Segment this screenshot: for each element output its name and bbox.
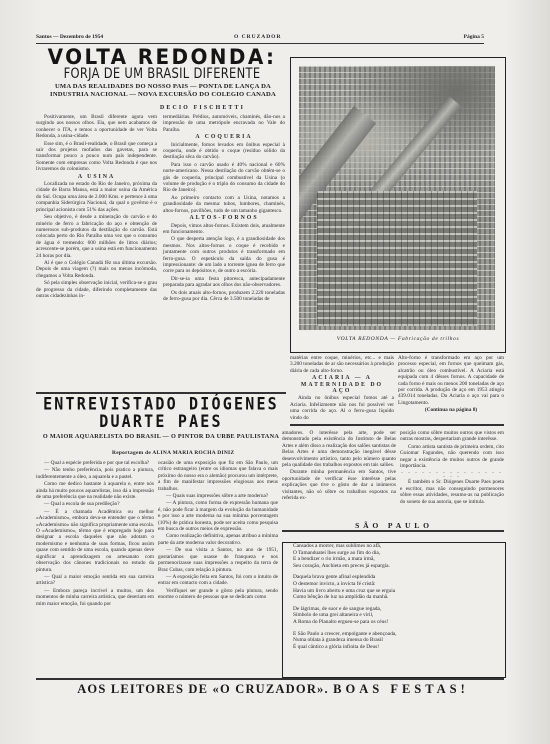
poem-line: De lágrimas, de suor e de sangue regada,: [293, 606, 505, 613]
masthead-name: O CRUZADOR: [234, 34, 281, 40]
poem-line: O Tamanduateí lhes surge ao fim do dia,: [293, 550, 505, 557]
paragraph: Como artista santista de primeira ordem,…: [400, 444, 504, 470]
section-divider: [282, 530, 504, 532]
paragraph: Depois, vimos altos-fornos. Existem dois…: [163, 223, 285, 236]
poem-line: Numa oblata à grandeza imensa do Brasil: [293, 637, 505, 644]
paragraph: — É a chamada Acadêmica ou melhor «Acade…: [36, 509, 154, 573]
paragraph: O que desperta atenção logo, é a grandio…: [163, 236, 285, 274]
newspaper-page: Santos — Dezembro de 1954 O CRUZADOR Pág…: [0, 0, 550, 744]
paragraph: Durante minha permanência em Santos, tiv…: [282, 469, 396, 501]
page-number: Página 5: [464, 34, 484, 40]
photo-frame: VOLTA REDONDA — Fabricação de trilhos: [290, 57, 506, 353]
section-divider: [290, 424, 504, 426]
interview-column-4: posição como sôbre muitos outros que vis…: [400, 430, 504, 506]
paragraph: — Qual a maior emoção sentida em sua car…: [36, 574, 154, 587]
article1-column-2: termediárias. Prédios, automóveis, chami…: [163, 114, 285, 303]
poem-stanza: E São Paulo a crescer, empolgante e aben…: [293, 631, 505, 651]
paragraph: posição como sôbre muitos outros que vis…: [400, 430, 504, 443]
separator-dots: . . . . . . . . . . . . . . . . . .: [400, 470, 504, 478]
interview-column-1: — Qual a espécie preferida e por que tal…: [36, 460, 154, 608]
paragraph: Localizada no estado do Rio de Janeiro, …: [36, 181, 157, 213]
paragraph: Ao primeiro contacto com a Usina, notamo…: [163, 195, 285, 214]
poem-line: É qual cântico a glória infinita de Deus…: [293, 644, 505, 651]
paragraph: Seu objetivo, é desde a mineração do car…: [36, 214, 157, 259]
poem-stanza: De lágrimas, de suor e de sangue regada,…: [293, 606, 505, 626]
paragraph: Só pela simples observação inicial, veri…: [36, 280, 157, 299]
paragraph: amadores. O interêsse pela arte, pode se…: [282, 430, 396, 468]
poem-line: Como bênção de luz na amplidão da manhã.: [293, 594, 505, 601]
paragraph: Para isso o carvão usado é 40% nacional …: [163, 162, 285, 194]
paragraph: termediárias. Prédios, automóveis, chami…: [163, 114, 285, 133]
photo-caption: VOLTA REDONDA — Fabricação de trilhos: [291, 336, 505, 342]
poem-line: E a bendizer o rio irmão, a mata irmã,: [293, 556, 505, 563]
paragraph: Ainda no ônibus especial fomos até a Aci…: [290, 395, 394, 421]
issue-date: Santos — Dezembro de 1954: [36, 34, 103, 40]
interview-byline: Reportagem de ALINA MARIA ROCHA DINIZ: [112, 450, 234, 456]
poem-line: E São Paulo a crescer, empolgante e aben…: [293, 631, 505, 638]
paragraph: ocasião de uma exposição que fiz em São …: [158, 460, 278, 492]
running-head: Santos — Dezembro de 1954 O CRUZADOR Pág…: [36, 33, 484, 44]
paragraph: Inicialmente, fomos levados em ônibus es…: [163, 142, 285, 161]
poem-line: Seu coração, Anchieta em preces já espar…: [293, 563, 505, 570]
paragraph: — De sua visita a Santos, no ano de 1951…: [158, 547, 278, 573]
paragraph: Esse sim, é o Brasil-realidade, o Brasil…: [36, 141, 157, 173]
section-heading: ACIARIA — A MATERNIDADE DO AÇO: [290, 375, 394, 394]
interview-column-3: amadores. O interêsse pela arte, pode se…: [282, 430, 396, 502]
interview-title: ENTREVISTADO DIÓGENES DUARTE PAES: [36, 396, 286, 431]
paragraph: — Embora pareça incrível a muitos, um do…: [36, 588, 154, 607]
footer-greeting: AOS LEITORES DE «O CRUZADOR».: [77, 682, 329, 696]
paragraph: Dir-se-ia uma festa pitoresca, antecipad…: [163, 276, 285, 289]
footer-wishes: BOAS FESTAS!: [333, 682, 469, 696]
continued-note: (Continua na página 8): [398, 407, 504, 413]
paragraph: Alto-forno é transformado em aço por um …: [398, 355, 504, 406]
footer-banner: AOS LEITORES DE «O CRUZADOR». BOAS FESTA…: [36, 682, 510, 697]
interview-column-2: ocasião de uma exposição que fiz em São …: [158, 460, 278, 602]
section-heading: A USINA: [36, 174, 157, 180]
paragraph: Os dois atuais alto-fornos, produzem 2.2…: [163, 290, 285, 303]
poem-stanza: Cansados a morrer, mas sublimes no afã,O…: [293, 543, 505, 569]
poem-line: Cansados a morrer, mas sublimes no afã,: [293, 543, 505, 550]
poem-title: SÃO PAULO: [283, 521, 505, 530]
paragraph: Positivamente, um Brasil diferente agora…: [36, 114, 157, 140]
poem-line: Havia um livro aberto e uma cruz que se …: [293, 588, 505, 595]
paragraph: — A exposição feita em Santos, foi com o…: [158, 574, 278, 587]
poem-body: Cansados a morrer, mas sublimes no afã,O…: [283, 543, 505, 650]
section-heading: A COQUERIA: [163, 134, 285, 140]
article1-column-1: Positivamente, um Brasil diferente agora…: [36, 114, 157, 300]
article-deck: UMA DAS REALIDADES DO NOSSO PAIS — PONTA…: [40, 83, 286, 98]
poem-line: Símbolo de uma grei altaneira e viril,: [293, 612, 505, 619]
paragraph: Aí é que o Colégio Canadá fêz sua última…: [36, 260, 157, 279]
article-subtitle: FORJA DE UM BRASIL DIFERENTE: [36, 64, 288, 82]
paragraph: — Qual a escola de sua predileção?: [36, 501, 154, 507]
poem-line: O destemor invicto, a invicta fé cristã:: [293, 581, 505, 588]
section-heading: ALTOS-FORNOS: [163, 215, 285, 221]
article-byline: DECIO FISCHETTI: [160, 105, 245, 111]
footer-divider: [36, 678, 504, 680]
paragraph: — Qual a espécie preferida e por que tal…: [36, 460, 154, 466]
paragraph: É também o Sr. Diógenes Duarte Paes poet…: [400, 479, 504, 505]
poem-line: Daquela brava gente afinal esplendida: [293, 574, 505, 581]
poem-stanza: Daquela brava gente afinal esplendidaO d…: [293, 574, 505, 600]
paragraph: — A pintura, como forma de expressão hum…: [158, 500, 278, 532]
paragraph: — Não tenho preferência, pois pratico a …: [36, 467, 154, 480]
poem-box: SÃO PAULO Cansados a morrer, mas sublime…: [282, 542, 506, 678]
paragraph: — Quais suas impressões sôbre a arte mod…: [158, 493, 278, 499]
paragraph: matérias entre coque, minérios, etc... e…: [290, 355, 394, 374]
paragraph: Verifiquei ser grande o gôsto pela pintu…: [158, 588, 278, 601]
paragraph: Como me dedico bastante à aquarela e, en…: [36, 481, 154, 500]
paragraph: Como realização definitiva, apenas atrib…: [158, 533, 278, 546]
photo-steel-rails: [299, 66, 495, 330]
interview-deck: O MAIOR AQUARELISTA DO BRASIL — O PINTOR…: [36, 433, 286, 440]
poem-line: A Roma do Planalto ergueu-se para os céu…: [293, 619, 505, 626]
article1-column-3: matérias entre coque, minérios, etc... e…: [290, 355, 394, 422]
article1-column-4: Alto-forno é transformado em aço por um …: [398, 355, 504, 415]
